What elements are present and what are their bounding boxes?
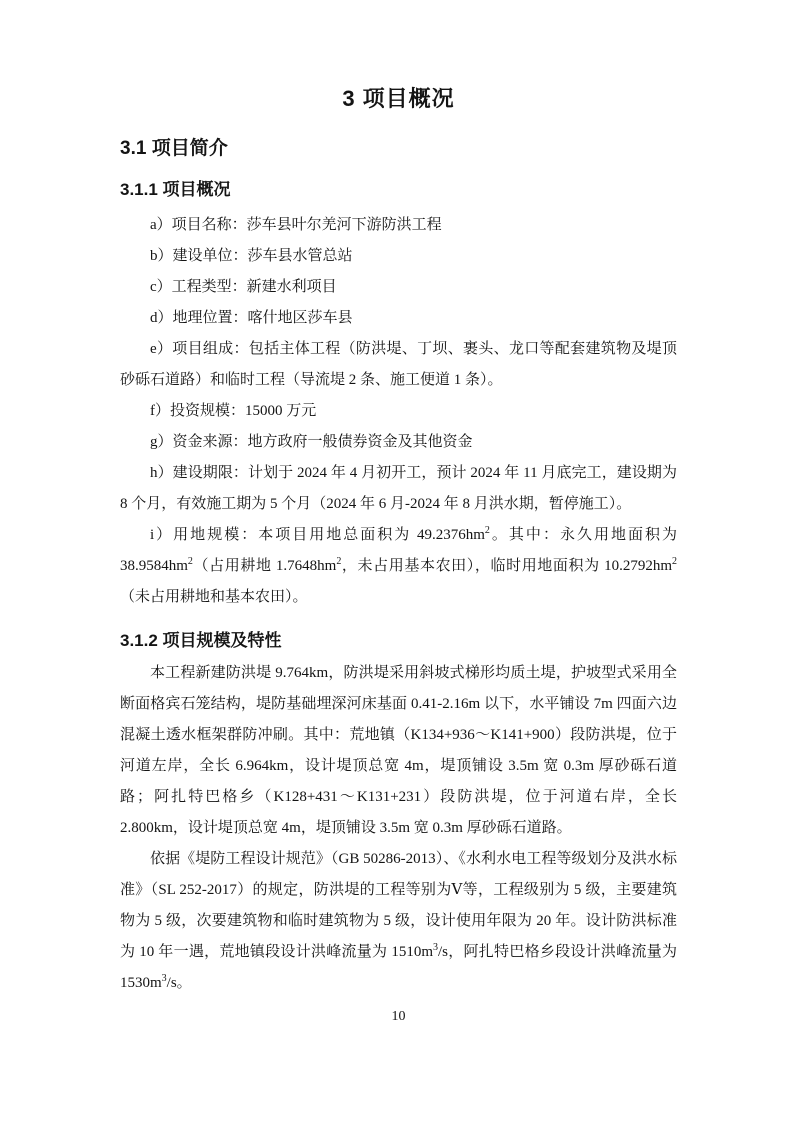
list-item-construction-unit: b）建设单位：莎车县水管总站 — [120, 241, 677, 272]
list-item-project-name: a）项目名称：莎车县叶尔羌河下游防洪工程 — [120, 210, 677, 241]
list-item-land-use: i）用地规模：本项目用地总面积为 49.2376hm2。其中：永久用地面积为 3… — [120, 520, 677, 613]
project-overview-list: a）项目名称：莎车县叶尔羌河下游防洪工程 b）建设单位：莎车县水管总站 c）工程… — [120, 210, 677, 613]
list-item-funding-source: g）资金来源：地方政府一般债券资金及其他资金 — [120, 427, 677, 458]
chapter-title: 3 项目概况 — [120, 84, 677, 114]
section-3-1-1-heading: 3.1.1 项目概况 — [120, 177, 677, 202]
document-page: 3 项目概况 3.1 项目简介 3.1.1 项目概况 a）项目名称：莎车县叶尔羌… — [0, 0, 793, 1122]
scale-and-characteristics: 本工程新建防洪堤 9.764km，防洪堤采用斜坡式梯形均质土堤，护坡型式采用全断… — [120, 658, 677, 999]
paragraph-project-scale: 本工程新建防洪堤 9.764km，防洪堤采用斜坡式梯形均质土堤，护坡型式采用全断… — [120, 658, 677, 844]
section-3-1-2-heading: 3.1.2 项目规模及特性 — [120, 628, 677, 653]
list-item-construction-period: h）建设期限：计划于 2024 年 4 月初开工，预计 2024 年 11 月底… — [120, 458, 677, 520]
list-item-composition: e）项目组成：包括主体工程（防洪堤、丁坝、裹头、龙口等配套建筑物及堤顶砂砾石道路… — [120, 334, 677, 396]
list-item-investment: f）投资规模：15000 万元 — [120, 396, 677, 427]
list-item-project-type: c）工程类型：新建水利项目 — [120, 272, 677, 303]
section-3-1-heading: 3.1 项目简介 — [120, 136, 677, 162]
page-number: 10 — [120, 1007, 677, 1027]
list-item-location: d）地理位置：喀什地区莎车县 — [120, 303, 677, 334]
paragraph-design-standards: 依据《堤防工程设计规范》（GB 50286-2013）、《水利水电工程等级划分及… — [120, 844, 677, 999]
